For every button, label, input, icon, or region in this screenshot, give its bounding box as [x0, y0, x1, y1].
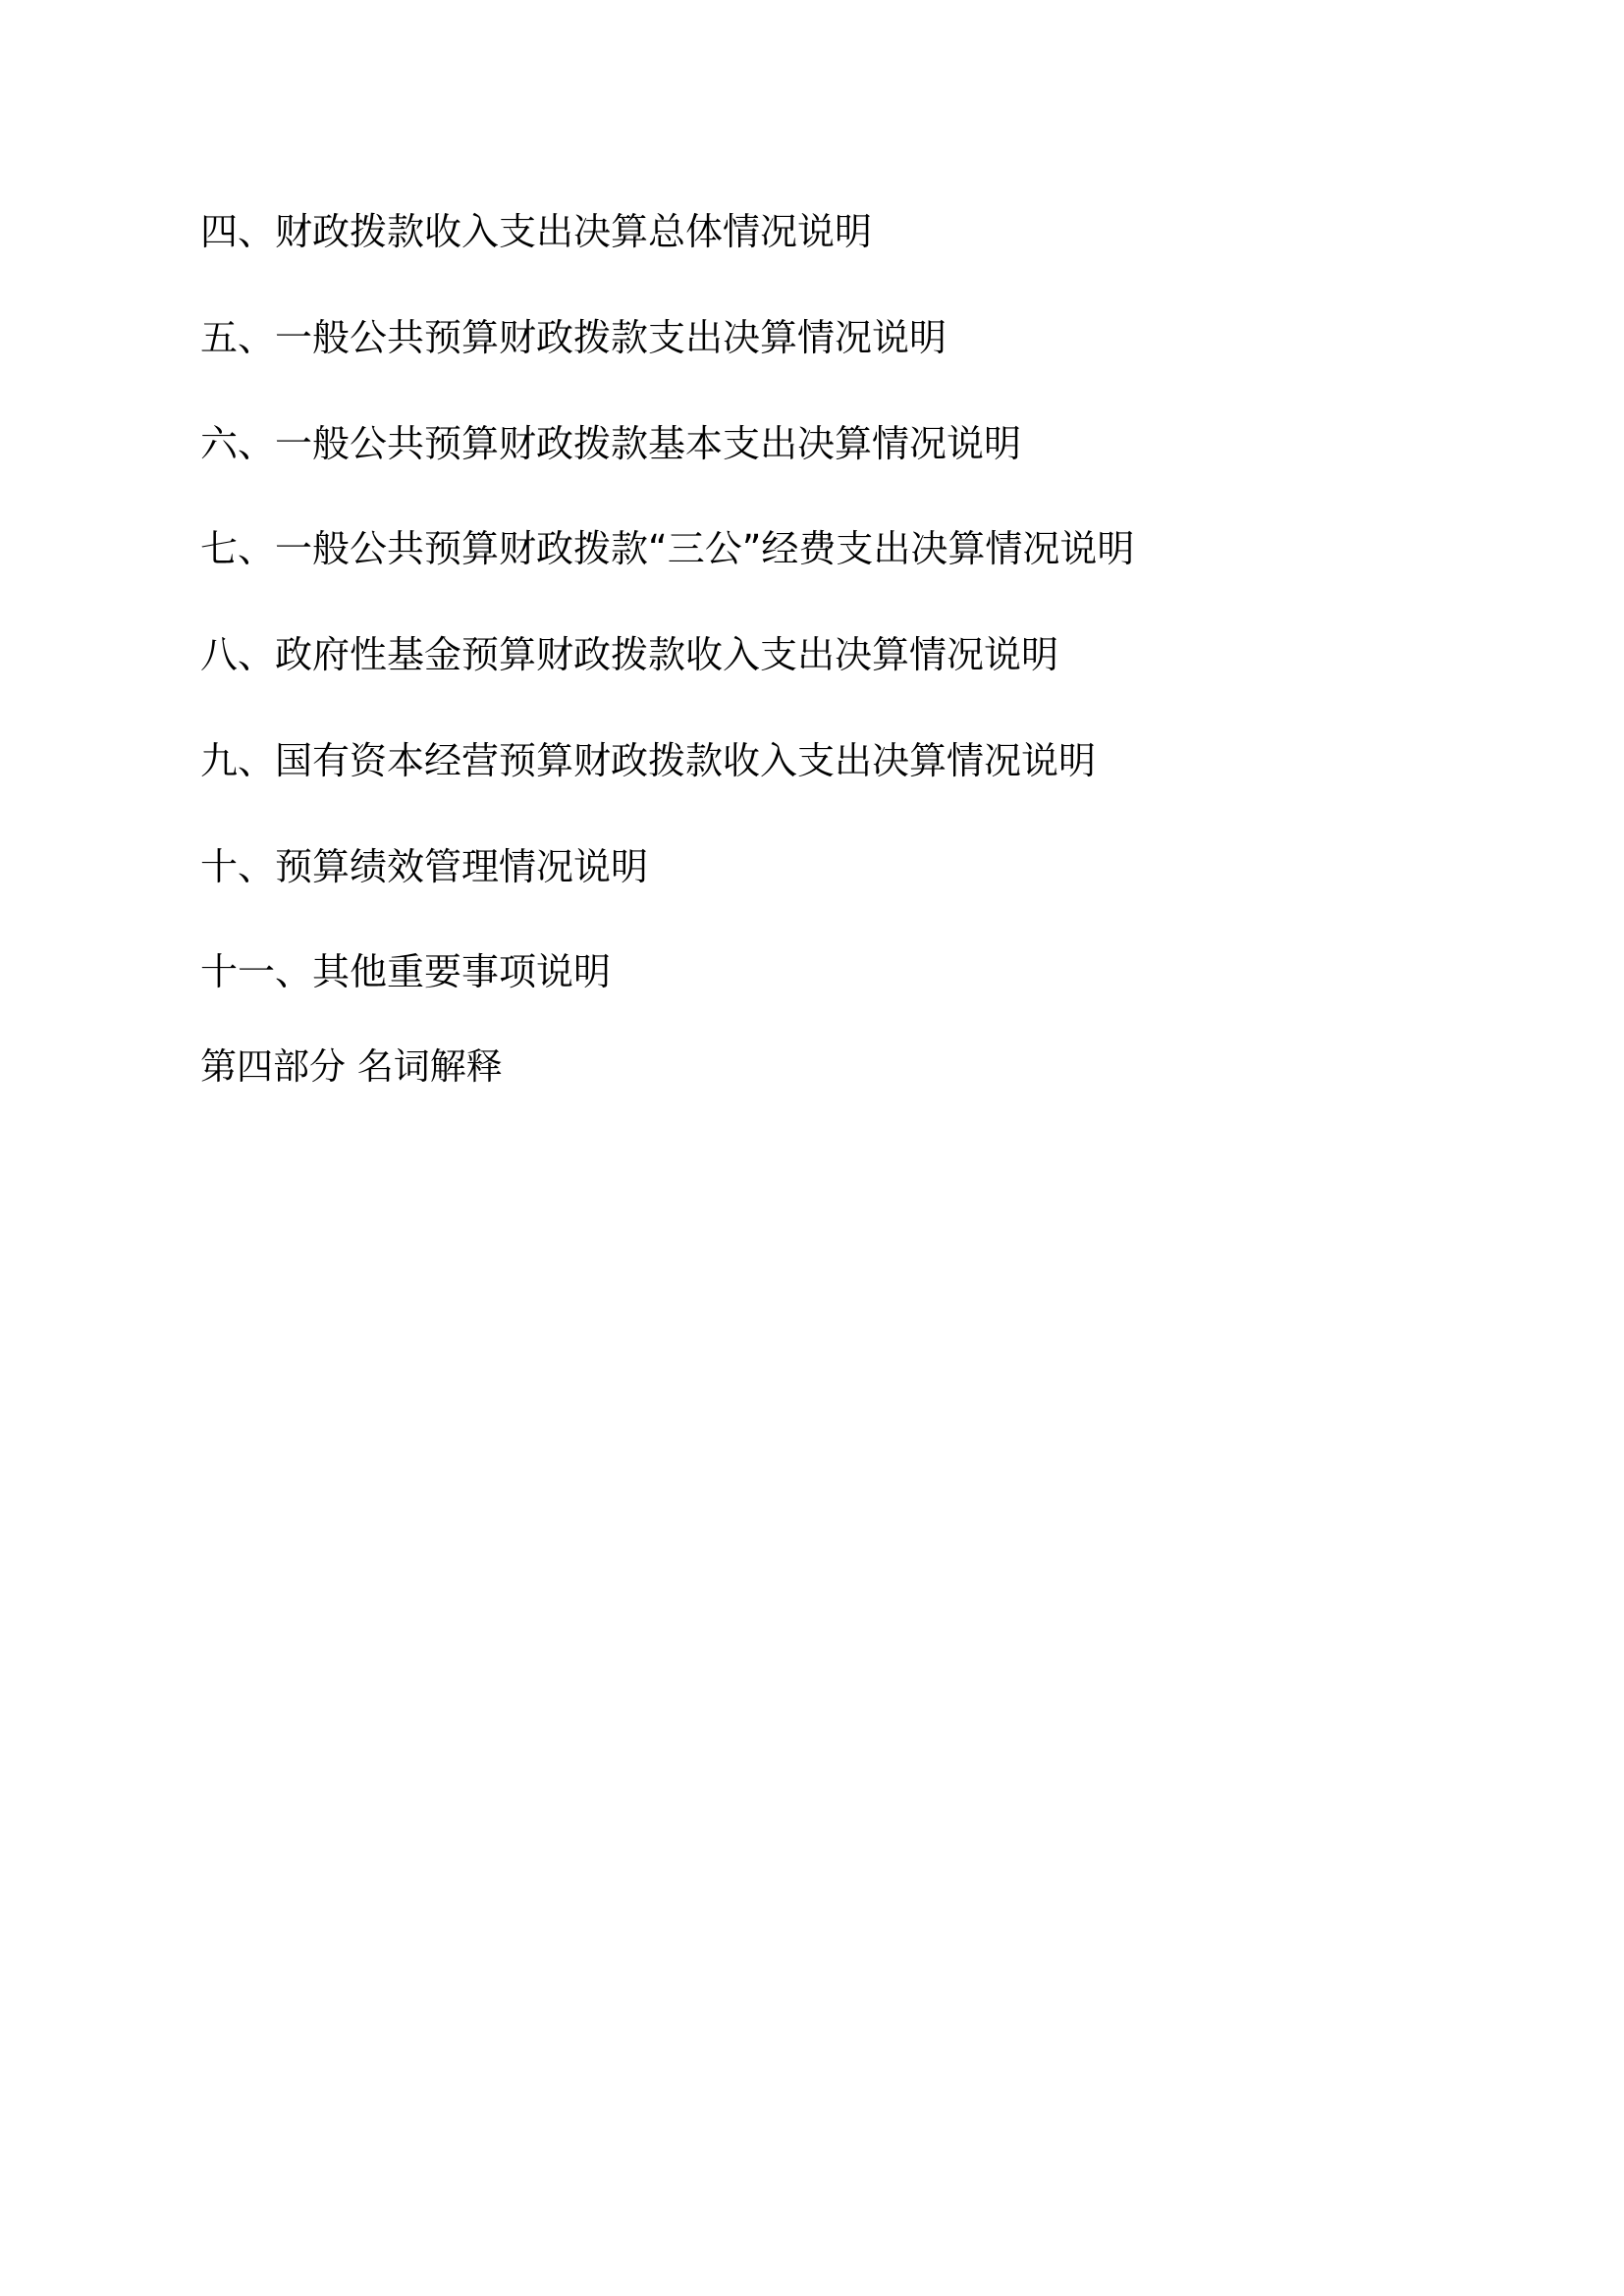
toc-item-8: 八、政府性基金预算财政拨款收入支出决算情况说明 [200, 631, 1058, 678]
toc-item-6: 六、一般公共预算财政拨款基本支出决算情况说明 [200, 420, 1021, 467]
toc-item-11: 十一、其他重要事项说明 [200, 948, 611, 995]
part-four-heading: 第四部分 名词解释 [200, 1044, 503, 1090]
toc-item-7: 七、一般公共预算财政拨款“三公”经费支出决算情况说明 [200, 525, 1134, 572]
toc-item-9: 九、国有资本经营预算财政拨款收入支出决算情况说明 [200, 737, 1096, 784]
toc-item-4: 四、财政拨款收入支出决算总体情况说明 [200, 208, 872, 255]
toc-item-10: 十、预算绩效管理情况说明 [200, 843, 648, 890]
toc-item-5: 五、一般公共预算财政拨款支出决算情况说明 [200, 314, 947, 361]
document-page: 四、财政拨款收入支出决算总体情况说明 五、一般公共预算财政拨款支出决算情况说明 … [0, 0, 1624, 2296]
